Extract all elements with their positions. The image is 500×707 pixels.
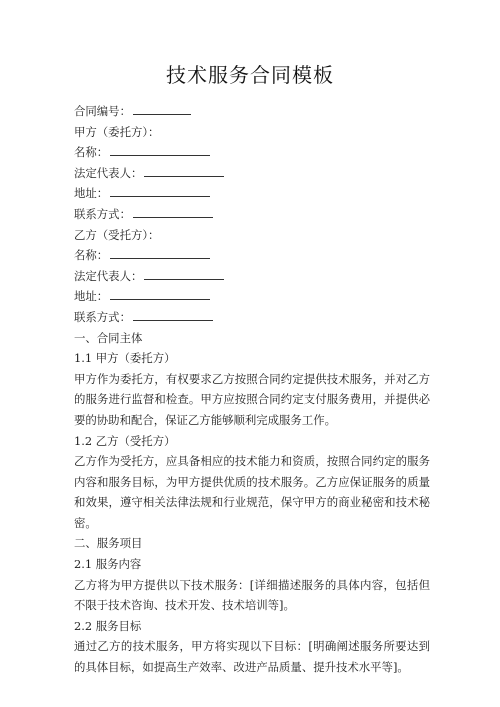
party-b-contact-blank bbox=[133, 309, 213, 321]
party-a-heading: 甲方（委托方）： bbox=[74, 122, 430, 143]
subsection-2-2-text: 通过乙方的技术服务，甲方将实现以下目标：[明确阐述服务所要达到的具体目标，如提高… bbox=[74, 636, 430, 677]
party-b-legal-rep-blank bbox=[144, 268, 224, 280]
party-b-contact-label: 联系方式： bbox=[74, 310, 131, 324]
contract-number-field: 合同编号： bbox=[74, 101, 430, 122]
party-b-contact-field: 联系方式： bbox=[74, 307, 430, 328]
subsection-2-1-heading: 2.1 服务内容 bbox=[74, 554, 430, 575]
document-title: 技术服务合同模板 bbox=[0, 60, 500, 90]
section-2-heading: 二、服务项目 bbox=[74, 533, 430, 554]
party-b-name-field: 名称： bbox=[74, 245, 430, 266]
party-a-name-blank bbox=[110, 144, 210, 156]
party-b-legal-rep-label: 法定代表人： bbox=[74, 269, 142, 283]
contract-number-blank bbox=[133, 103, 191, 115]
party-b-address-field: 地址： bbox=[74, 286, 430, 307]
party-a-contact-field: 联系方式： bbox=[74, 204, 430, 225]
party-a-legal-rep-label: 法定代表人： bbox=[74, 166, 142, 180]
subsection-1-2-heading: 1.2 乙方（受托方） bbox=[74, 431, 430, 452]
party-a-legal-rep-field: 法定代表人： bbox=[74, 163, 430, 184]
party-b-name-blank bbox=[110, 247, 210, 259]
party-b-legal-rep-field: 法定代表人： bbox=[74, 266, 430, 287]
section-1-heading: 一、合同主体 bbox=[74, 328, 430, 349]
party-a-name-field: 名称： bbox=[74, 142, 430, 163]
party-a-address-field: 地址： bbox=[74, 183, 430, 204]
party-a-contact-label: 联系方式： bbox=[74, 207, 131, 221]
party-a-address-label: 地址： bbox=[74, 186, 108, 200]
party-a-legal-rep-blank bbox=[144, 165, 224, 177]
subsection-1-1-text: 甲方作为委托方，有权要求乙方按照合同约定提供技术服务，并对乙方的服务进行监督和检… bbox=[74, 369, 430, 431]
party-b-address-label: 地址： bbox=[74, 289, 108, 303]
party-b-name-label: 名称： bbox=[74, 248, 108, 262]
party-a-name-label: 名称： bbox=[74, 145, 108, 159]
party-a-contact-blank bbox=[133, 206, 213, 218]
contract-number-label: 合同编号： bbox=[74, 104, 131, 118]
subsection-2-1-text: 乙方将为甲方提供以下技术服务：[详细描述服务的具体内容，包括但不限于技术咨询、技… bbox=[74, 575, 430, 616]
party-b-address-blank bbox=[110, 288, 210, 300]
party-a-address-blank bbox=[110, 185, 210, 197]
subsection-2-2-heading: 2.2 服务目标 bbox=[74, 616, 430, 637]
document-body: 合同编号： 甲方（委托方）： 名称： 法定代表人： 地址： 联系方式： 乙方（受… bbox=[74, 101, 430, 678]
party-b-heading: 乙方（受托方）： bbox=[74, 225, 430, 246]
subsection-1-2-text: 乙方作为受托方，应具备相应的技术能力和资质，按照合同约定的服务内容和服务目标，为… bbox=[74, 451, 430, 533]
document-page: 技术服务合同模板 合同编号： 甲方（委托方）： 名称： 法定代表人： 地址： 联… bbox=[0, 0, 500, 707]
subsection-1-1-heading: 1.1 甲方（委托方） bbox=[74, 348, 430, 369]
